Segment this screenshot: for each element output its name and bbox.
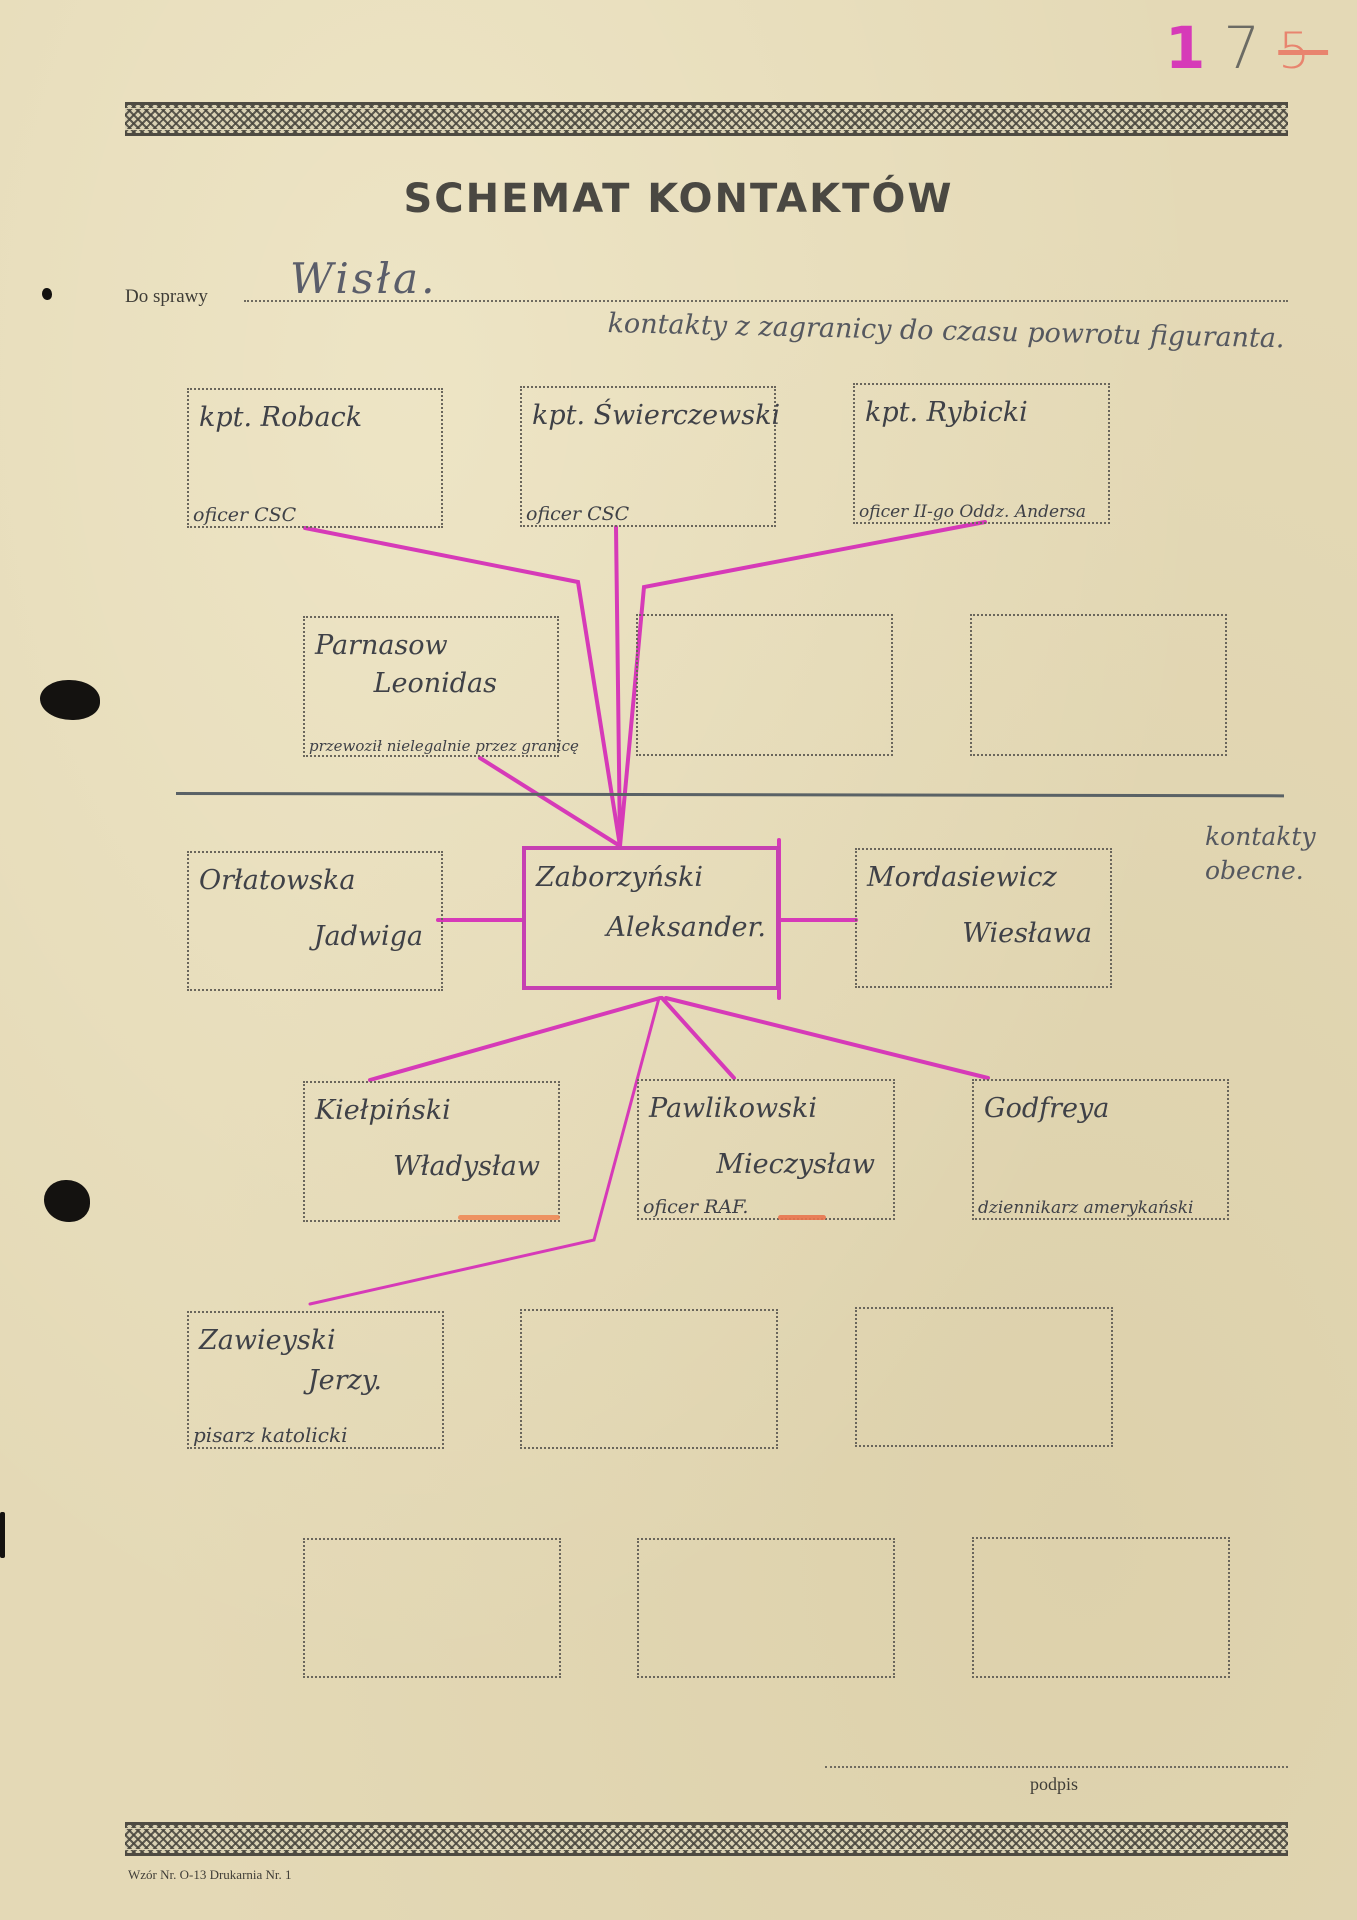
contact-name: Parnasow xyxy=(315,630,448,661)
contact-name: Mordasiewicz xyxy=(867,862,1057,893)
document-page: 175 SCHEMAT KONTAKTÓW Do sprawy Wisła. k… xyxy=(0,0,1357,1920)
contact-box-kielpinski[interactable]: Kiełpiński Władysław xyxy=(303,1081,560,1222)
contact-box-empty[interactable] xyxy=(972,1537,1230,1678)
contact-box-pawlikowski[interactable]: Pawlikowski Mieczysław oficer RAF. xyxy=(637,1079,895,1220)
contact-firstname: Władysław xyxy=(393,1151,540,1182)
subject-firstname: Aleksander. xyxy=(606,912,766,943)
contact-name: Zawieyski xyxy=(199,1325,336,1356)
contact-box-mordasiewicz[interactable]: Mordasiewicz Wiesława xyxy=(855,848,1112,988)
signature-line[interactable] xyxy=(825,1766,1288,1768)
contact-role: oficer II-go Oddz. Andersa xyxy=(859,502,1086,522)
contact-box-empty[interactable] xyxy=(520,1309,778,1449)
contact-box-rybicki[interactable]: kpt. Rybicki oficer II-go Oddz. Andersa xyxy=(853,383,1110,524)
contact-box-empty[interactable] xyxy=(637,1538,895,1678)
subject-name: Zaborzyński xyxy=(536,862,703,893)
contact-role: dziennikarz amerykański xyxy=(978,1198,1194,1218)
contact-box-zawieyski[interactable]: Zawieyski Jerzy. pisarz katolicki xyxy=(187,1311,444,1449)
contact-box-empty[interactable] xyxy=(636,614,893,756)
bottom-ornamental-border xyxy=(125,1822,1288,1856)
contact-role: oficer CSC xyxy=(193,504,296,526)
form-imprint: Wzór Nr. O-13 Drukarnia Nr. 1 xyxy=(128,1867,292,1883)
contact-role: przewoził nielegalnie przez granicę xyxy=(309,737,579,755)
contact-role: pisarz katolicki xyxy=(193,1423,347,1447)
contact-name: Kiełpiński xyxy=(315,1095,451,1126)
contact-name: kpt. Świerczewski xyxy=(532,400,780,431)
contact-firstname: Mieczysław xyxy=(716,1149,875,1180)
contact-firstname: Jerzy. xyxy=(308,1365,382,1396)
contact-role: oficer RAF. xyxy=(643,1196,748,1218)
contact-name: Orłatowska xyxy=(199,865,355,896)
orange-underline-mark xyxy=(778,1215,826,1220)
contact-box-godfreya[interactable]: Godfreya dziennikarz amerykański xyxy=(972,1079,1229,1220)
contact-box-empty[interactable] xyxy=(855,1307,1113,1447)
contact-role: oficer CSC xyxy=(526,503,629,525)
contact-name: kpt. Roback xyxy=(199,402,362,433)
contact-box-empty[interactable] xyxy=(303,1538,561,1678)
orange-underline-mark xyxy=(458,1215,560,1220)
contact-box-roback[interactable]: kpt. Roback oficer CSC xyxy=(187,388,443,528)
contact-firstname: Leonidas xyxy=(374,668,497,699)
contact-box-parnasow[interactable]: Parnasow Leonidas przewoził nielegalnie … xyxy=(303,616,559,757)
subject-box-zaborzynski[interactable]: Zaborzyński Aleksander. xyxy=(522,846,780,990)
contact-firstname: Wiesława xyxy=(962,918,1092,949)
contact-name: Godfreya xyxy=(984,1093,1109,1124)
signature-label: podpis xyxy=(1030,1774,1078,1795)
contact-name: kpt. Rybicki xyxy=(865,397,1028,428)
contact-box-empty[interactable] xyxy=(970,614,1227,756)
contact-firstname: Jadwiga xyxy=(314,921,423,952)
contact-name: Pawlikowski xyxy=(649,1093,817,1124)
contact-box-orlatowska[interactable]: Orłatowska Jadwiga xyxy=(187,851,443,991)
contact-box-swierczewski[interactable]: kpt. Świerczewski oficer CSC xyxy=(520,386,776,527)
